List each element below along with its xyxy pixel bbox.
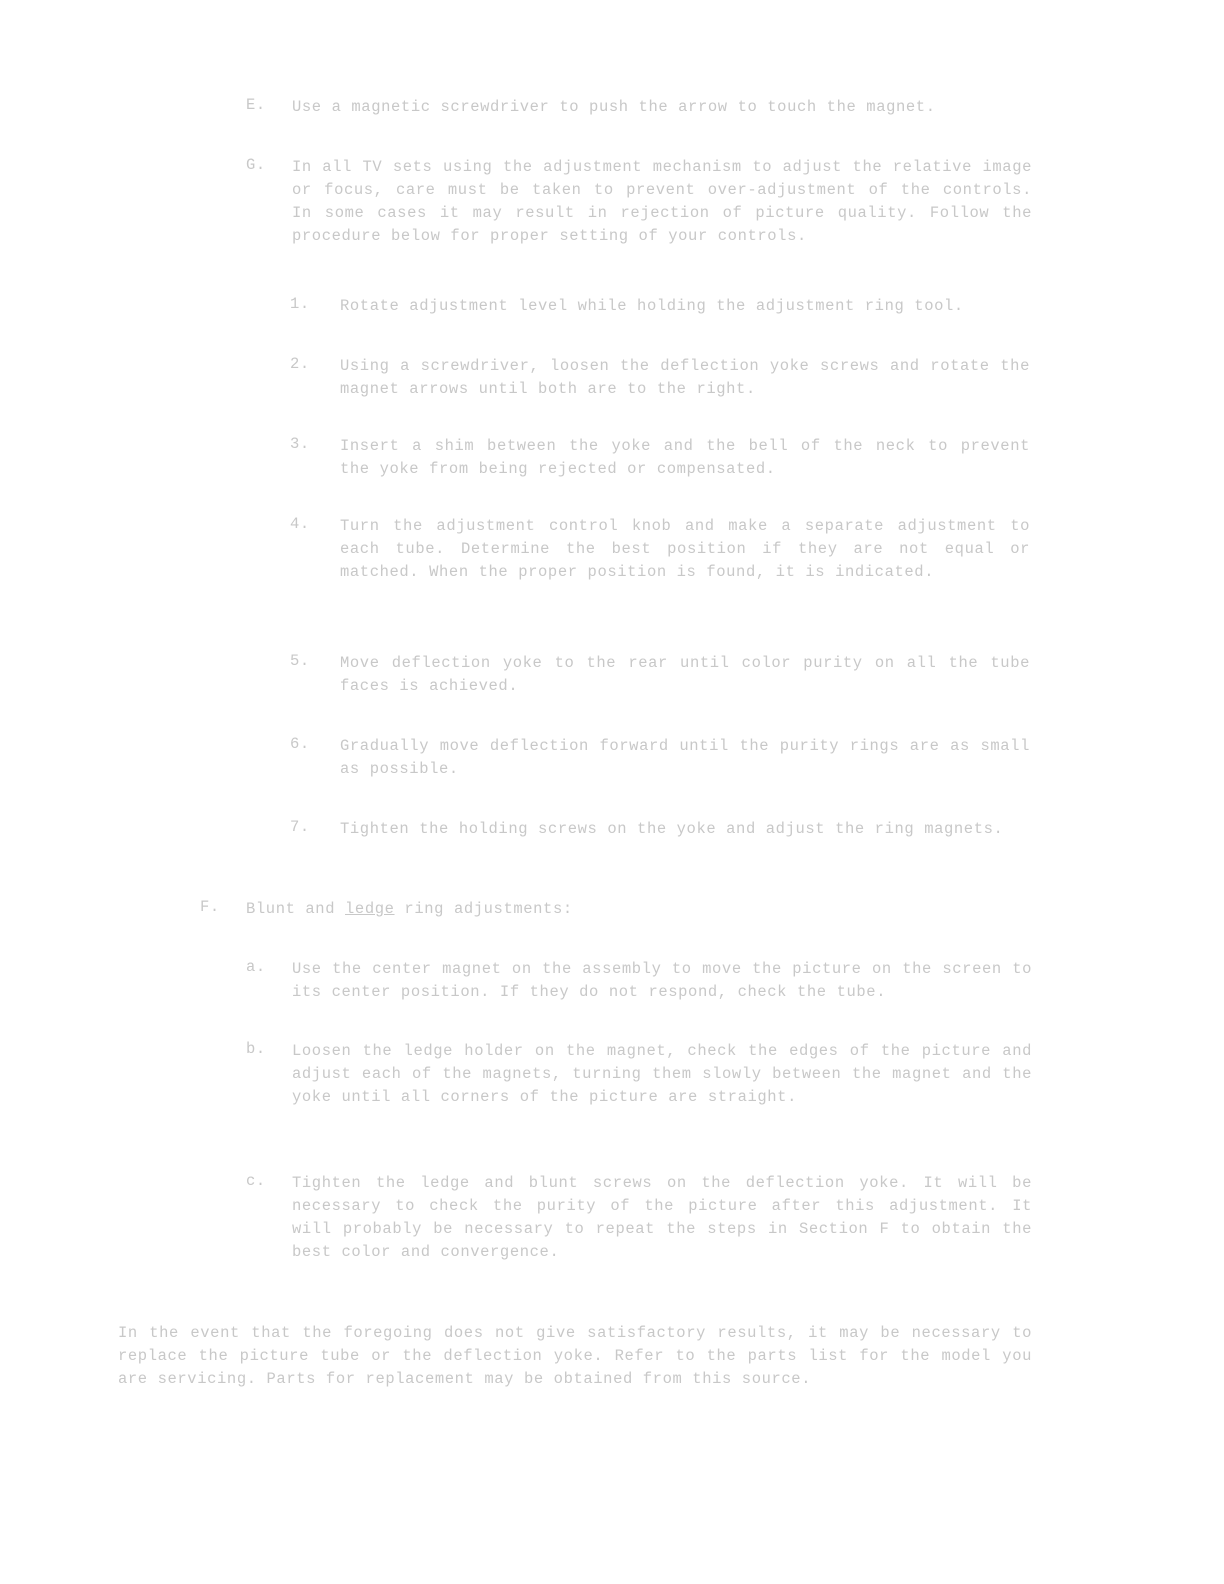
step-6-text: Gradually move deflection forward until …	[340, 735, 1030, 781]
section-f-underlined: ledge	[345, 900, 395, 918]
substep-c-text: Tighten the ledge and blunt screws on th…	[292, 1172, 1032, 1264]
section-g-text: In all TV sets using the adjustment mech…	[292, 156, 1032, 248]
document-page: E. Use a magnetic screwdriver to push th…	[0, 0, 1224, 1584]
step-5-text: Move deflection yoke to the rear until c…	[340, 652, 1030, 698]
step-7-text: Tighten the holding screws on the yoke a…	[340, 818, 1030, 841]
step-7-label: 7.	[290, 818, 310, 836]
substep-a-text: Use the center magnet on the assembly to…	[292, 958, 1032, 1004]
step-3-text: Insert a shim between the yoke and the b…	[340, 435, 1030, 481]
section-e-text: Use a magnetic screwdriver to push the a…	[292, 96, 1032, 119]
section-g-label: G.	[246, 156, 266, 174]
step-3-label: 3.	[290, 435, 310, 453]
step-4-text: Turn the adjustment control knob and mak…	[340, 515, 1030, 584]
substep-a-label: a.	[246, 958, 266, 976]
section-f-text-before: Blunt and	[246, 900, 345, 918]
substep-b-text: Loosen the ledge holder on the magnet, c…	[292, 1040, 1032, 1109]
step-6-label: 6.	[290, 735, 310, 753]
step-5-label: 5.	[290, 652, 310, 670]
section-e-label: E.	[246, 96, 266, 114]
step-2-text: Using a screwdriver, loosen the deflecti…	[340, 355, 1030, 401]
step-1-text: Rotate adjustment level while holding th…	[340, 295, 1030, 318]
section-f-text-after: ring adjustments:	[395, 900, 573, 918]
section-f-label: F.	[200, 898, 220, 916]
section-f-heading: Blunt and ledge ring adjustments:	[246, 898, 986, 921]
substep-b-label: b.	[246, 1040, 266, 1058]
step-1-label: 1.	[290, 295, 310, 313]
step-2-label: 2.	[290, 355, 310, 373]
closing-paragraph: In the event that the foregoing does not…	[118, 1322, 1032, 1391]
substep-c-label: c.	[246, 1172, 266, 1190]
step-4-label: 4.	[290, 515, 310, 533]
